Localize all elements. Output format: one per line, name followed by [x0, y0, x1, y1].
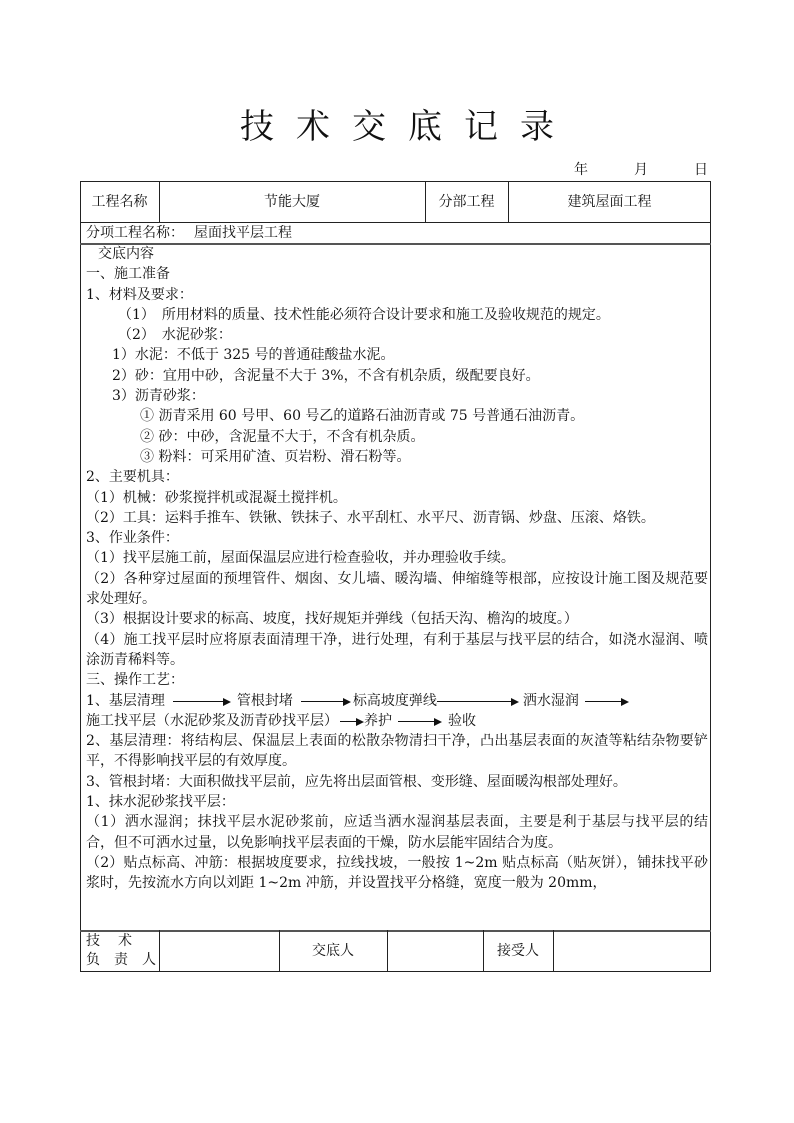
content-line: ③ 粉料：可采用矿渣、页岩粉、滑石粉等。: [86, 447, 708, 467]
flow-step: 验收: [448, 711, 476, 731]
section-heading: 三、操作工艺：: [86, 670, 708, 690]
subitem-row: 分项工程名称： 屋面找平层工程: [80, 222, 711, 243]
content-line: （1）找平层施工前，屋面保温层应进行检查验收，并办理验收手续。: [86, 548, 708, 568]
discloser-label: 交底人: [279, 930, 387, 972]
content-line: 3）沥青砂浆：: [86, 386, 708, 406]
content-line: （1）机械：砂浆搅拌机或混凝土搅拌机。: [86, 488, 708, 508]
content-line: ① 沥青采用 60 号甲、60 号乙的道路石油沥青或 75 号普通石油沥青。: [86, 406, 708, 426]
subsection-heading: 2、主要机具：: [86, 467, 708, 487]
content-line: （2）各种穿过屋面的预埋管件、烟囱、女儿墙、暖沟墙、伸缩缝等根部，应按设计施工图…: [86, 569, 708, 610]
discloser-signature-field[interactable]: [387, 930, 483, 972]
arrow-right-icon: [340, 721, 362, 722]
content-line: ② 砂：中砂，含泥量不大于，不含有机杂质。: [86, 427, 708, 447]
content-line: （1） 所用材料的质量、技术性能必须符合设计要求和施工及验收规范的规定。: [86, 305, 708, 325]
arrow-right-icon: [437, 701, 517, 702]
content-heading: 交底内容: [86, 244, 708, 264]
project-name-value[interactable]: 节能大厦: [159, 181, 425, 222]
date-month-label: 月: [634, 160, 648, 180]
flow-step: 管根封堵: [237, 691, 293, 711]
content-line: 2、基层清理：将结构层、保温层上表面的松散杂物清扫干净，凸出基层表面的灰渣等粘结…: [86, 731, 708, 772]
division-label: 分部工程: [425, 181, 508, 222]
label-char: 技: [86, 932, 100, 951]
date-day-label: 日: [694, 160, 708, 180]
project-name-label: 工程名称: [80, 181, 159, 222]
label-char: 术: [118, 932, 132, 951]
disclosure-content: 交底内容 一、施工准备 1、材料及要求： （1） 所用材料的质量、技术性能必须符…: [86, 244, 708, 894]
arrow-right-icon: [301, 701, 349, 702]
receiver-label: 接受人: [483, 930, 553, 972]
subsection-heading: 1、材料及要求：: [86, 285, 708, 305]
flow-step: 洒水湿润: [523, 691, 579, 711]
content-line: （1）洒水湿润；抹找平层水泥砂浆前，应适当洒水湿润基层表面，主要是利于基层与找平…: [86, 812, 708, 853]
division-value[interactable]: 建筑屋面工程: [508, 181, 711, 222]
content-line: 3、管根封堵：大面积做找平层前，应先将出层面管根、变形缝、屋面暖沟根部处理好。: [86, 772, 708, 792]
date-line: 年 月 日: [560, 160, 710, 180]
process-flow-continued: 施工找平层（水泥砂浆及沥青砂找平层） 养护 验收: [86, 711, 708, 731]
flow-prefix: 1、: [86, 691, 109, 711]
flow-step: 基层清理: [109, 691, 165, 711]
receiver-signature-field[interactable]: [553, 930, 711, 972]
flow-step: 养护: [364, 711, 392, 731]
label-char: 责: [114, 951, 128, 970]
arrow-right-icon: [173, 701, 229, 702]
content-line: 1）水泥：不低于 325 号的普通硅酸盐水泥。: [86, 345, 708, 365]
subitem-label: 分项工程名称：: [86, 223, 184, 243]
subitem-value[interactable]: 屋面找平层工程: [194, 223, 292, 243]
subsection-heading: 3、作业条件：: [86, 528, 708, 548]
label-char: 人: [142, 951, 156, 970]
content-line: （2）工具：运料手推车、铁锹、铁抹子、水平刮杠、水平尺、沥青锅、炒盘、压滚、烙铁…: [86, 508, 708, 528]
arrow-right-icon: [398, 721, 440, 722]
content-line: 2）砂：宜用中砂，含泥量不大于 3%，不含有机杂质，级配要良好。: [86, 366, 708, 386]
arrow-right-icon: [585, 701, 627, 702]
content-line: （2） 水泥砂浆：: [86, 325, 708, 345]
tech-lead-signature-field[interactable]: [159, 930, 279, 972]
label-char: 负: [86, 951, 100, 970]
subsection-heading: 1、抹水泥砂浆找平层：: [86, 792, 708, 812]
flow-step: 施工找平层（水泥砂浆及沥青砂找平层）: [86, 711, 338, 731]
date-year-label: 年: [574, 160, 588, 180]
flow-step: 标高坡度弹线: [353, 691, 437, 711]
page-title: 技术交底记录: [0, 104, 794, 150]
process-flow: 1、 基层清理 管根封堵 标高坡度弹线 洒水湿润: [86, 691, 708, 711]
tech-lead-label: 技 术 负 责 人: [80, 930, 159, 972]
content-line: （3）根据设计要求的标高、坡度，找好规矩并弹线（包括天沟、檐沟的坡度。）: [86, 609, 708, 629]
content-line: （2）贴点标高、冲筋：根据坡度要求，拉线找坡，一般按 1~2m 贴点标高（贴灰饼…: [86, 853, 708, 894]
section-heading: 一、施工准备: [86, 264, 708, 284]
content-line: （4）施工找平层时应将原表面清理干净，进行处理，有利于基层与找平层的结合，如浇水…: [86, 630, 708, 671]
